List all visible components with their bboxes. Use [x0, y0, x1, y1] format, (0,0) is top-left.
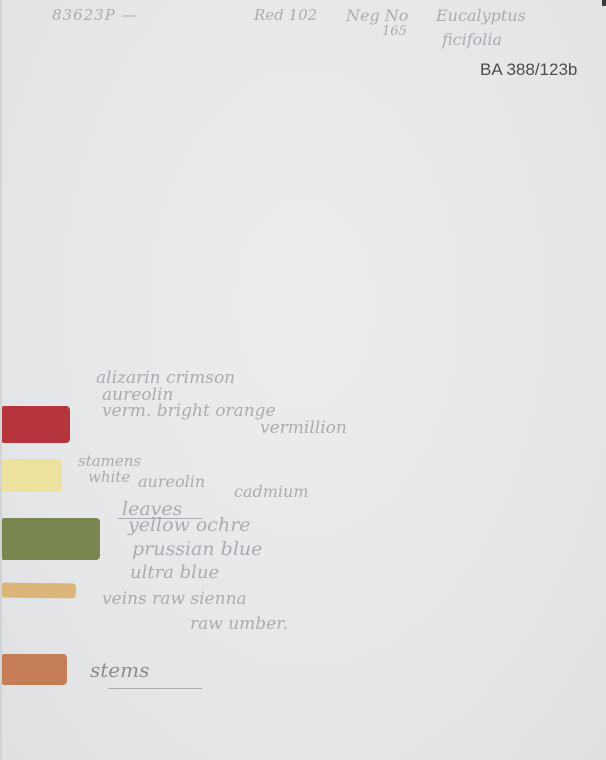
catalog-number: BA 388/123b: [480, 60, 577, 80]
species-genus: Eucalyptus: [436, 6, 526, 25]
swatch-raw-sienna: [2, 583, 76, 599]
corner-mark: [602, 0, 606, 6]
note-vermillion: vermillion: [260, 418, 347, 438]
note-prussian-blue: prussian blue: [132, 538, 262, 560]
swatch-olive-green: [2, 518, 100, 560]
note-white: white: [88, 468, 130, 486]
stems-underline: [108, 688, 202, 689]
swatch-crimson-red: [2, 406, 70, 443]
swatch-burnt-sienna: [2, 654, 67, 685]
species-epithet: ficifolia: [442, 30, 502, 49]
neg-number: 165: [382, 24, 407, 39]
note-ultra-blue: ultra blue: [130, 562, 219, 583]
herbarium-card: 83623P — Red 102 Neg No 165 Eucalyptus f…: [0, 0, 606, 760]
note-yellow-ochre: yellow ochre: [128, 514, 251, 536]
accession-number: 83623P —: [52, 6, 138, 24]
note-verm-orange: verm. bright orange: [102, 401, 276, 421]
note-raw-umber: raw umber.: [190, 614, 288, 634]
note-stems-label: stems: [90, 658, 149, 682]
ref-number: Red 102: [254, 6, 317, 24]
neg-label: Neg No: [346, 6, 408, 25]
note-aureolin-2: aureolin: [138, 472, 205, 491]
note-veins-raw-sienna: veins raw sienna: [102, 589, 247, 609]
note-cadmium: cadmium: [234, 482, 309, 501]
swatch-pale-yellow: [2, 459, 62, 492]
